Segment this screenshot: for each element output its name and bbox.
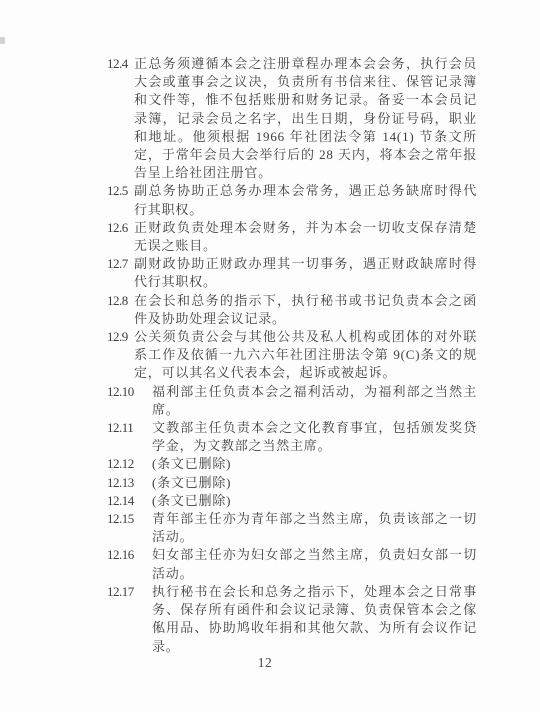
clause-number: 12.16 bbox=[107, 546, 152, 564]
clause-item: 12.9 公关须负责公会与其他公共及私人机构或团体的对外联系工作及依循一九六六年… bbox=[107, 328, 477, 383]
scan-artifact-speck bbox=[0, 37, 5, 44]
clause-number: 12.11 bbox=[107, 419, 152, 437]
clause-item: 12.12 (条文已删除) bbox=[107, 455, 477, 473]
clause-text: 副总务协助正总务办理本会常务，遇正总务缺席时得代行其职权。 bbox=[134, 182, 477, 218]
clause-number: 12.7 bbox=[107, 255, 134, 273]
clause-item: 12.10 福利部主任负责本会之福利活动，为福利部之当然主席。 bbox=[107, 383, 477, 419]
clause-item: 12.15 青年部主任亦为青年部之当然主席，负责该部之一切活动。 bbox=[107, 510, 477, 546]
clause-item: 12.14 (条文已删除) bbox=[107, 492, 477, 510]
clause-text: 妇女部主任亦为妇女部之当然主席，负责妇女部一切活动。 bbox=[152, 546, 477, 582]
clause-number: 12.10 bbox=[107, 383, 152, 401]
clause-text: 青年部主任亦为青年部之当然主席，负责该部之一切活动。 bbox=[152, 510, 477, 546]
clause-number: 12.14 bbox=[107, 492, 152, 510]
clause-text: 公关须负责公会与其他公共及私人机构或团体的对外联系工作及依循一九六六年社团注册法… bbox=[134, 328, 477, 383]
page-number: 12 bbox=[0, 655, 530, 671]
clause-text: (条文已删除) bbox=[152, 492, 477, 510]
clause-text: 文教部主任负责本会之文化教育事宜，包括颁发奖贷学金，为文教部之当然主席。 bbox=[152, 419, 477, 455]
clause-item: 12.4 正总务须遵循本会之注册章程办理本会会务，执行会员大会或董事会之议决，负… bbox=[107, 55, 477, 182]
clause-text: 正财政负责处理本会财务，并为本会一切收支保存清楚无误之账目。 bbox=[134, 219, 477, 255]
clause-number: 12.9 bbox=[107, 328, 134, 346]
clause-number: 12.13 bbox=[107, 474, 152, 492]
clause-text: (条文已删除) bbox=[152, 474, 477, 492]
clause-text: (条文已删除) bbox=[152, 455, 477, 473]
clause-item: 12.13 (条文已删除) bbox=[107, 474, 477, 492]
clause-item: 12.11 文教部主任负责本会之文化教育事宜，包括颁发奖贷学金，为文教部之当然主… bbox=[107, 419, 477, 455]
clause-number: 12.17 bbox=[107, 583, 152, 601]
clause-number: 12.5 bbox=[107, 182, 134, 200]
clause-number: 12.6 bbox=[107, 219, 134, 237]
clause-list: 12.4 正总务须遵循本会之注册章程办理本会会务，执行会员大会或董事会之议决，负… bbox=[107, 55, 477, 656]
clause-number: 12.15 bbox=[107, 510, 152, 528]
clause-item: 12.7 副财政协助正财政办理其一切事务，遇正财政缺席时得代行其职权。 bbox=[107, 255, 477, 291]
clause-item: 12.17 执行秘书在会长和总务之指示下，处理本会之日常事务、保存所有函件和会议… bbox=[107, 583, 477, 656]
clause-item: 12.8 在会长和总务的指示下，执行秘书或书记负责本会之函件及协助处理会议记录。 bbox=[107, 292, 477, 328]
clause-number: 12.4 bbox=[107, 55, 134, 73]
clause-number: 12.8 bbox=[107, 292, 134, 310]
clause-text: 福利部主任负责本会之福利活动，为福利部之当然主席。 bbox=[152, 383, 477, 419]
clause-text: 正总务须遵循本会之注册章程办理本会会务，执行会员大会或董事会之议决，负责所有书信… bbox=[134, 55, 477, 182]
clause-text: 在会长和总务的指示下，执行秘书或书记负责本会之函件及协助处理会议记录。 bbox=[134, 292, 477, 328]
document-page: 12.4 正总务须遵循本会之注册章程办理本会会务，执行会员大会或董事会之议决，负… bbox=[0, 0, 540, 712]
clause-text: 副财政协助正财政办理其一切事务，遇正财政缺席时得代行其职权。 bbox=[134, 255, 477, 291]
clause-number: 12.12 bbox=[107, 455, 152, 473]
clause-item: 12.6 正财政负责处理本会财务，并为本会一切收支保存清楚无误之账目。 bbox=[107, 219, 477, 255]
clause-item: 12.16 妇女部主任亦为妇女部之当然主席，负责妇女部一切活动。 bbox=[107, 546, 477, 582]
clause-text: 执行秘书在会长和总务之指示下，处理本会之日常事务、保存所有函件和会议记录簿、负责… bbox=[152, 583, 477, 656]
clause-item: 12.5 副总务协助正总务办理本会常务，遇正总务缺席时得代行其职权。 bbox=[107, 182, 477, 218]
